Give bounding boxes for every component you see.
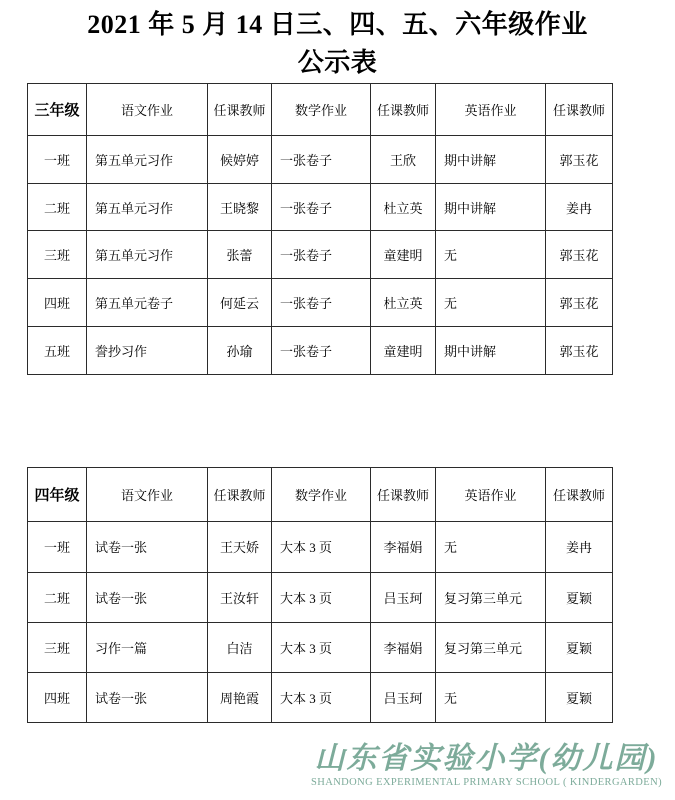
teacher-cell: 郭玉花: [546, 135, 613, 183]
teacher-cell: 吕玉珂: [371, 672, 436, 722]
column-header: 英语作业: [436, 468, 546, 522]
teacher-cell: 杜立英: [371, 279, 436, 327]
class-label: 四班: [28, 279, 87, 327]
teacher-cell: 候婷婷: [208, 135, 272, 183]
table-row: 二班试卷一张王汝轩大本 3 页吕玉珂复习第三单元夏颖: [28, 572, 613, 622]
teacher-cell: 白洁: [208, 622, 272, 672]
homework-cell: 一张卷子: [272, 279, 371, 327]
table-row: 一班试卷一张王天娇大本 3 页李福娟无姜冉: [28, 522, 613, 572]
teacher-cell: 张蕾: [208, 231, 272, 279]
teacher-cell: 夏颖: [546, 672, 613, 722]
teacher-cell: 童建明: [371, 231, 436, 279]
homework-cell: 无: [436, 279, 546, 327]
homework-cell: 无: [436, 231, 546, 279]
homework-cell: 第五单元习作: [87, 135, 208, 183]
table-row: 三班习作一篇白洁大本 3 页李福娟复习第三单元夏颖: [28, 622, 613, 672]
table-row: 五班誊抄习作孙瑜一张卷子童建明期中讲解郭玉花: [28, 327, 613, 375]
teacher-cell: 周艳霞: [208, 672, 272, 722]
teacher-cell: 郭玉花: [546, 327, 613, 375]
teacher-cell: 王欣: [371, 135, 436, 183]
class-label: 五班: [28, 327, 87, 375]
homework-cell: 第五单元习作: [87, 231, 208, 279]
column-header: 语文作业: [87, 468, 208, 522]
school-logo: 山东省实验小学(幼儿园) SHANDONG EXPERIMENTAL PRIMA…: [311, 742, 662, 789]
class-label: 四班: [28, 672, 87, 722]
table-row: 二班第五单元习作王晓黎一张卷子杜立英期中讲解姜冉: [28, 183, 613, 231]
homework-cell: 第五单元卷子: [87, 279, 208, 327]
grade3-homework-table: 三年级语文作业任课教师数学作业任课教师英语作业任课教师一班第五单元习作候婷婷一张…: [27, 83, 613, 375]
table-row: 一班第五单元习作候婷婷一张卷子王欣期中讲解郭玉花: [28, 135, 613, 183]
homework-cell: 一张卷子: [272, 327, 371, 375]
class-label: 一班: [28, 522, 87, 572]
column-header: 英语作业: [436, 84, 546, 136]
page-title: 2021 年 5 月 14 日三、四、五、六年级作业 公示表: [0, 6, 675, 82]
homework-cell: 大本 3 页: [272, 522, 371, 572]
table-row: 四班试卷一张周艳霞大本 3 页吕玉珂无夏颖: [28, 672, 613, 722]
header-row: 三年级语文作业任课教师数学作业任课教师英语作业任课教师: [28, 84, 613, 136]
column-header: 任课教师: [371, 468, 436, 522]
teacher-cell: 李福娟: [371, 522, 436, 572]
homework-cell: 一张卷子: [272, 135, 371, 183]
homework-cell: 试卷一张: [87, 522, 208, 572]
grade-label: 四年级: [28, 468, 87, 522]
teacher-cell: 王天娇: [208, 522, 272, 572]
title-line-2: 公示表: [0, 44, 675, 82]
class-label: 二班: [28, 183, 87, 231]
class-label: 三班: [28, 231, 87, 279]
class-label: 三班: [28, 622, 87, 672]
grade-label: 三年级: [28, 84, 87, 136]
homework-cell: 一张卷子: [272, 183, 371, 231]
teacher-cell: 王汝轩: [208, 572, 272, 622]
class-label: 二班: [28, 572, 87, 622]
homework-cell: 一张卷子: [272, 231, 371, 279]
school-logo-chinese: 山东省实验小学(幼儿园): [311, 742, 662, 776]
teacher-cell: 吕玉珂: [371, 572, 436, 622]
column-header: 任课教师: [208, 468, 272, 522]
column-header: 数学作业: [272, 84, 371, 136]
column-header: 数学作业: [272, 468, 371, 522]
homework-cell: 大本 3 页: [272, 622, 371, 672]
grade4-homework-table: 四年级语文作业任课教师数学作业任课教师英语作业任课教师一班试卷一张王天娇大本 3…: [27, 467, 613, 723]
homework-cell: 无: [436, 522, 546, 572]
homework-cell: 期中讲解: [436, 327, 546, 375]
column-header: 任课教师: [208, 84, 272, 136]
teacher-cell: 姜冉: [546, 522, 613, 572]
homework-cell: 大本 3 页: [272, 672, 371, 722]
column-header: 任课教师: [546, 84, 613, 136]
teacher-cell: 王晓黎: [208, 183, 272, 231]
class-label: 一班: [28, 135, 87, 183]
teacher-cell: 童建明: [371, 327, 436, 375]
homework-cell: 誊抄习作: [87, 327, 208, 375]
homework-cell: 期中讲解: [436, 135, 546, 183]
header-row: 四年级语文作业任课教师数学作业任课教师英语作业任课教师: [28, 468, 613, 522]
teacher-cell: 夏颖: [546, 572, 613, 622]
homework-cell: 试卷一张: [87, 672, 208, 722]
homework-cell: 无: [436, 672, 546, 722]
school-logo-english: SHANDONG EXPERIMENTAL PRIMARY SCHOOL ( K…: [311, 776, 662, 789]
column-header: 语文作业: [87, 84, 208, 136]
teacher-cell: 郭玉花: [546, 279, 613, 327]
column-header: 任课教师: [371, 84, 436, 136]
homework-cell: 期中讲解: [436, 183, 546, 231]
homework-cell: 第五单元习作: [87, 183, 208, 231]
homework-cell: 习作一篇: [87, 622, 208, 672]
teacher-cell: 杜立英: [371, 183, 436, 231]
teacher-cell: 郭玉花: [546, 231, 613, 279]
homework-cell: 复习第三单元: [436, 572, 546, 622]
column-header: 任课教师: [546, 468, 613, 522]
teacher-cell: 夏颖: [546, 622, 613, 672]
teacher-cell: 李福娟: [371, 622, 436, 672]
homework-cell: 试卷一张: [87, 572, 208, 622]
table-row: 四班第五单元卷子何延云一张卷子杜立英无郭玉花: [28, 279, 613, 327]
teacher-cell: 孙瑜: [208, 327, 272, 375]
teacher-cell: 何延云: [208, 279, 272, 327]
homework-cell: 大本 3 页: [272, 572, 371, 622]
table-row: 三班第五单元习作张蕾一张卷子童建明无郭玉花: [28, 231, 613, 279]
teacher-cell: 姜冉: [546, 183, 613, 231]
homework-cell: 复习第三单元: [436, 622, 546, 672]
title-line-1: 2021 年 5 月 14 日三、四、五、六年级作业: [0, 6, 675, 44]
